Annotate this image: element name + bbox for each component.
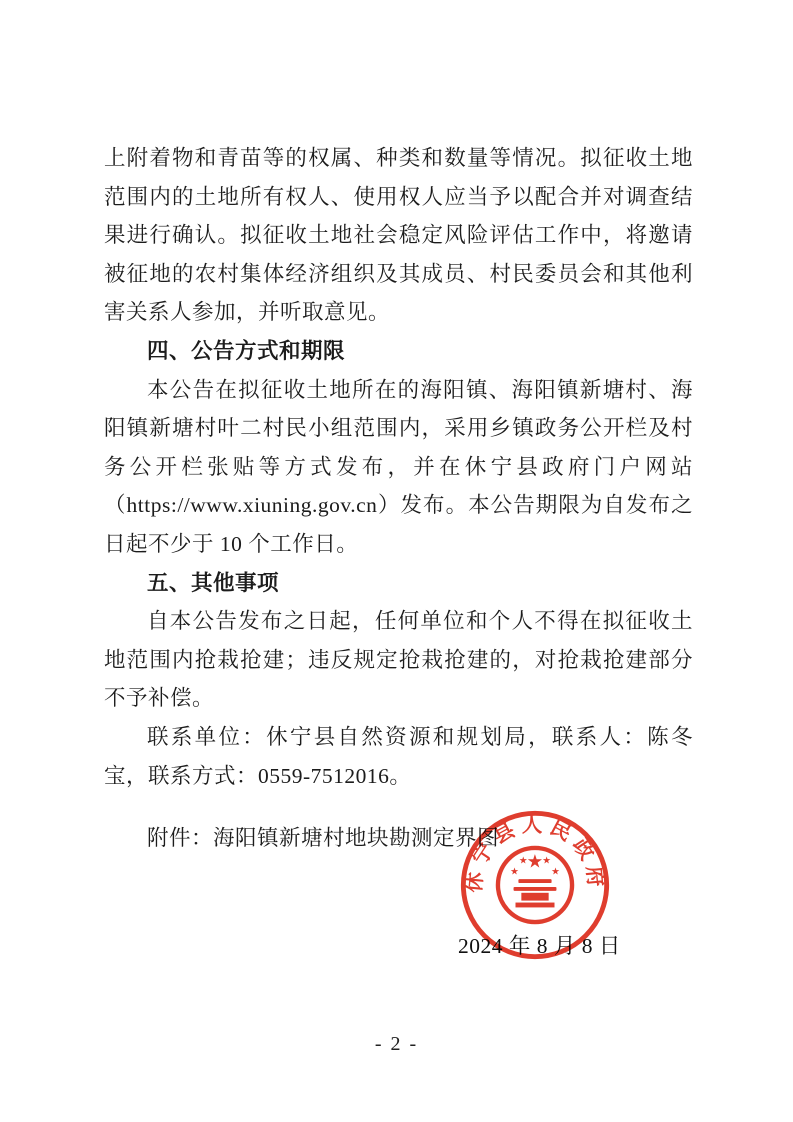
- paragraph-section-four: 本公告在拟征收土地所在的海阳镇、海阳镇新塘村、海阳镇新塘村叶二村民小组范围内，采…: [104, 371, 693, 564]
- svg-text:★: ★: [542, 856, 551, 867]
- svg-text:★: ★: [510, 866, 519, 877]
- svg-text:★: ★: [527, 851, 544, 872]
- paragraph-continuation: 上附着物和青苗等的权属、种类和数量等情况。拟征收土地范围内的土地所有权人、使用权…: [104, 139, 693, 332]
- document-body: 上附着物和青苗等的权属、种类和数量等情况。拟征收土地范围内的土地所有权人、使用权…: [104, 139, 693, 858]
- section-heading-five: 五、其他事项: [104, 564, 693, 603]
- svg-text:★: ★: [519, 856, 528, 867]
- national-emblem-icon: ★ ★ ★ ★ ★: [498, 848, 572, 922]
- official-seal-icon: 休宁县人民政府 ★ ★ ★ ★ ★: [457, 807, 613, 963]
- paragraph-section-five-a: 自本公告发布之日起，任何单位和个人不得在拟征收土地范围内抢栽抢建；违反规定抢栽抢…: [104, 602, 693, 718]
- section-heading-four: 四、公告方式和期限: [104, 332, 693, 371]
- page-number: - 2 -: [0, 1033, 793, 1056]
- document-page: 上附着物和青苗等的权属、种类和数量等情况。拟征收土地范围内的土地所有权人、使用权…: [0, 0, 793, 1122]
- paragraph-section-five-b: 联系单位：休宁县自然资源和规划局，联系人：陈冬宝，联系方式：0559-75120…: [104, 718, 693, 795]
- svg-text:★: ★: [551, 866, 560, 877]
